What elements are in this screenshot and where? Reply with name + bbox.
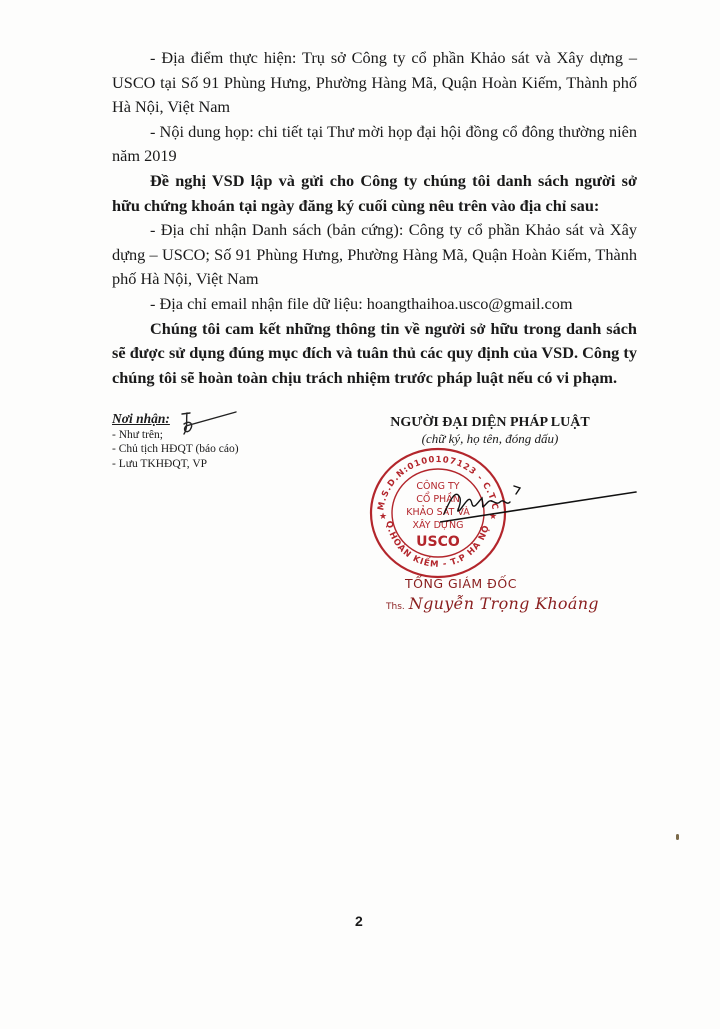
signer-name: Ths. Nguyễn Trọng Khoáng bbox=[386, 594, 599, 614]
paragraph-commitment: Chúng tôi cam kết những thông tin về ngư… bbox=[112, 317, 637, 391]
page-number: 2 bbox=[355, 913, 363, 929]
svg-text:★: ★ bbox=[379, 511, 387, 521]
initial-signature-icon bbox=[178, 410, 238, 438]
document-page: - Địa điểm thực hiện: Trụ sở Công ty cổ … bbox=[0, 0, 720, 1029]
signer-full-name: Nguyễn Trọng Khoáng bbox=[409, 594, 599, 613]
paragraph-hardcopy-address: - Địa chỉ nhận Danh sách (bản cứng): Côn… bbox=[112, 218, 637, 292]
representative-block: NGƯỜI ĐẠI DIỆN PHÁP LUẬT (chữ ký, họ tên… bbox=[350, 414, 630, 447]
svg-text:USCO: USCO bbox=[416, 534, 460, 550]
recipient-item: - Chủ tịch HĐQT (báo cáo) bbox=[112, 442, 239, 457]
handwritten-signature-icon bbox=[440, 480, 640, 535]
paragraph-request: Đề nghị VSD lập và gửi cho Công ty chúng… bbox=[112, 169, 637, 218]
paragraph-location: - Địa điểm thực hiện: Trụ sở Công ty cổ … bbox=[112, 46, 637, 120]
signer-prefix: Ths. bbox=[386, 602, 405, 612]
signer-position: TỔNG GIÁM ĐỐC bbox=[405, 576, 517, 591]
recipients-title: Nơi nhận: bbox=[112, 411, 170, 426]
body-text: - Địa điểm thực hiện: Trụ sở Công ty cổ … bbox=[112, 46, 637, 390]
paragraph-email-address: - Địa chỉ email nhận file dữ liệu: hoang… bbox=[112, 292, 637, 317]
paragraph-meeting-content: - Nội dung họp: chi tiết tại Thư mời họp… bbox=[112, 120, 637, 169]
representative-title: NGƯỜI ĐẠI DIỆN PHÁP LUẬT bbox=[350, 414, 630, 431]
representative-note: (chữ ký, họ tên, đóng dấu) bbox=[350, 431, 630, 447]
recipient-item: - Lưu TKHĐQT, VP bbox=[112, 457, 239, 472]
scan-speck bbox=[676, 834, 679, 840]
